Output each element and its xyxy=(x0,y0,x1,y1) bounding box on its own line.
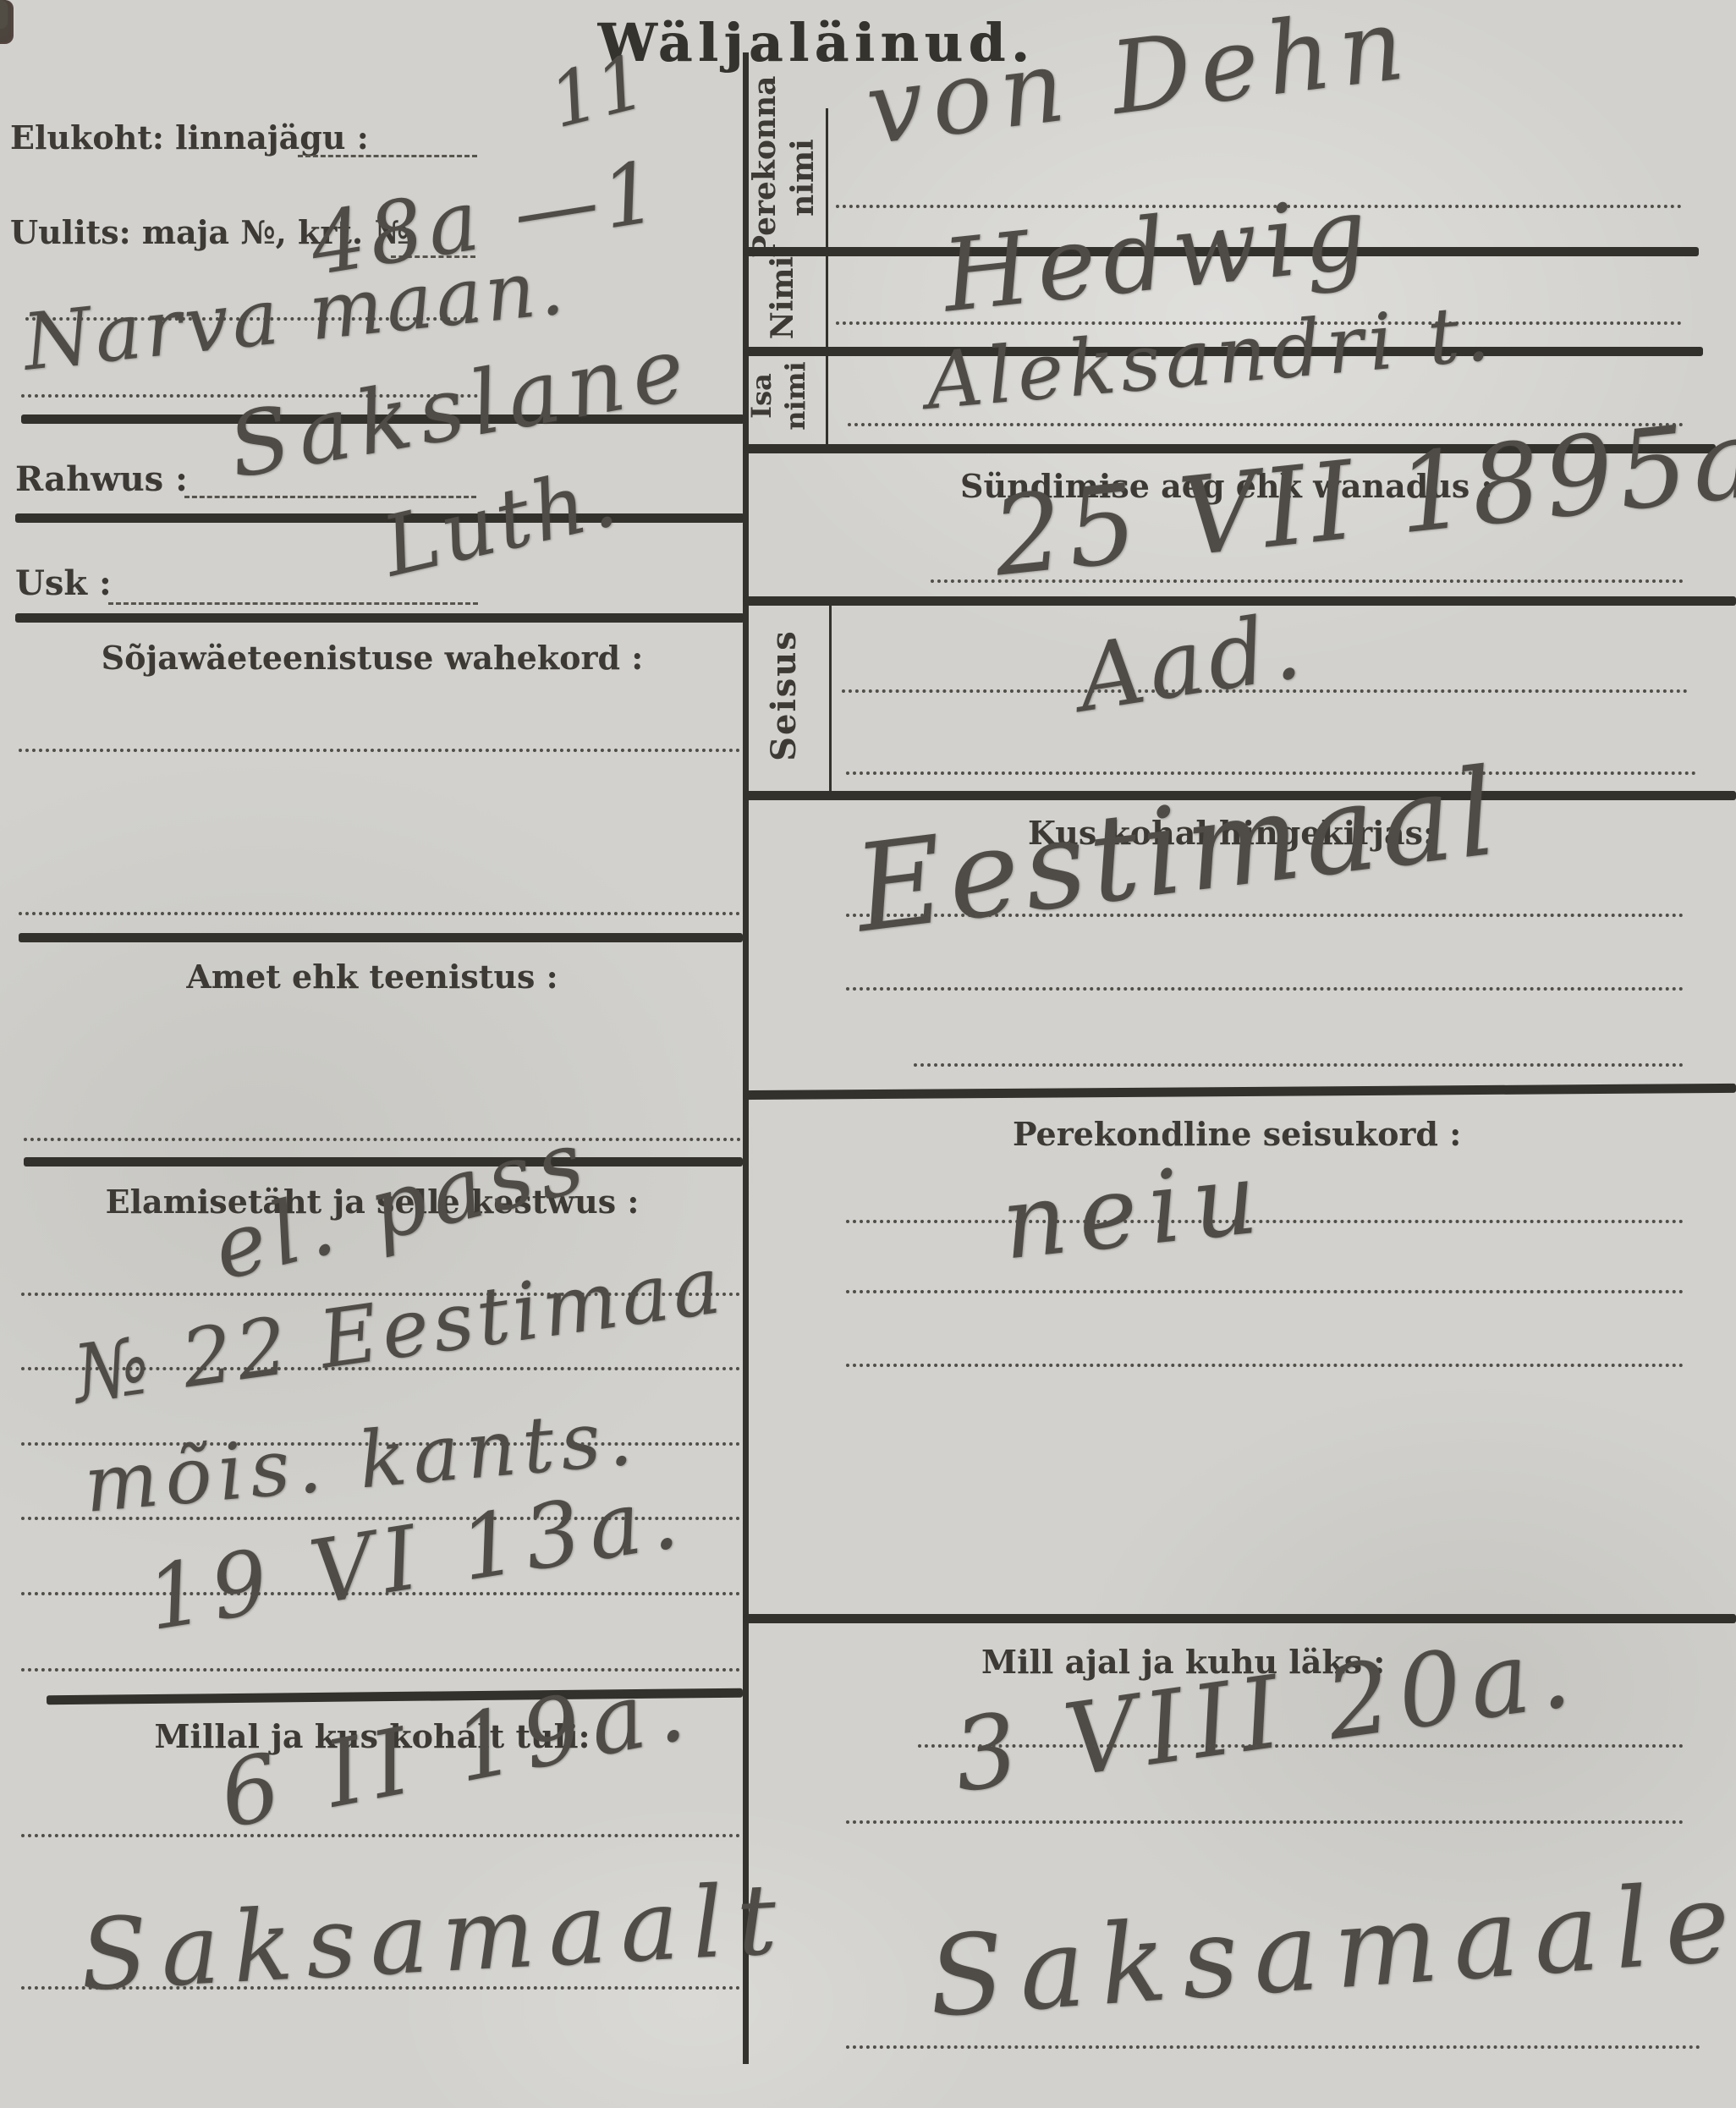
arrival-place-value: Saksamaalt xyxy=(77,1862,793,2013)
registration-card: Wäljaläinud. Elukoht: linnajägu : 11 Uul… xyxy=(0,0,1736,2108)
ruled-line xyxy=(846,1290,1684,1293)
father-name-label: Isa nimi xyxy=(744,345,826,447)
horizontal-rule xyxy=(19,933,743,942)
ruled-line xyxy=(931,579,1684,583)
ruled-line xyxy=(846,1364,1684,1367)
military-service-label: Sõjawäeteenistuse wahekord : xyxy=(0,639,744,677)
religion-value: Luth. xyxy=(374,448,628,596)
ruled-line xyxy=(914,1063,1684,1067)
ruled-line xyxy=(21,1834,740,1837)
empty-line xyxy=(19,912,740,915)
horizontal-rule xyxy=(15,613,744,623)
nationality-label: Rahwus : xyxy=(15,459,188,499)
religion-label: Usk : xyxy=(15,563,112,603)
religion-line xyxy=(108,602,478,605)
horizontal-rule xyxy=(743,1614,1736,1623)
empty-line xyxy=(19,749,740,752)
ruled-line xyxy=(21,1986,740,1990)
occupation-label: Amet ehk teenistus : xyxy=(0,958,744,996)
marital-value: neiu xyxy=(997,1138,1274,1282)
ruled-line xyxy=(918,1744,1684,1748)
first-name-label: Nimi xyxy=(764,247,806,349)
ruled-line xyxy=(846,2045,1700,2049)
ruled-line xyxy=(846,914,1684,917)
ruled-line xyxy=(846,1820,1684,1824)
family-name-label: Perekonna nimi xyxy=(746,97,827,258)
ruled-line xyxy=(846,987,1684,991)
horizontal-rule xyxy=(743,1084,1736,1100)
estate-label: Seisus xyxy=(763,602,814,788)
empty-line xyxy=(24,1138,741,1141)
residence-label: Elukoht: linnajägu : xyxy=(10,118,369,156)
estate-value: Aad. xyxy=(1070,593,1312,733)
departure-place-value: Saksamaale xyxy=(925,1857,1736,2042)
arrival-date-value: 6 II 19a. xyxy=(212,1654,702,1849)
residence-line xyxy=(298,155,477,157)
inner-divider-seisus xyxy=(829,605,832,793)
scan-artifact xyxy=(0,0,8,29)
